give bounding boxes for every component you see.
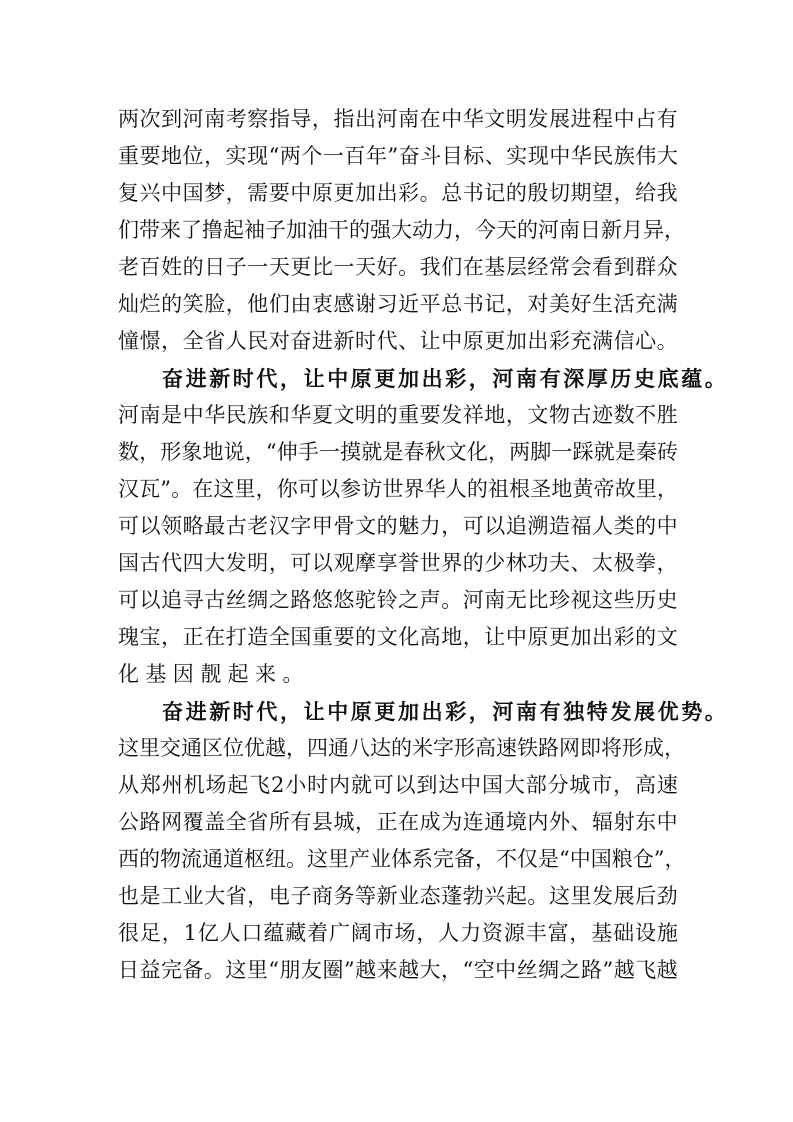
- text-line: 灿烂的笑脸，他们由衷感谢习近平总书记，对美好生活充满: [118, 286, 678, 323]
- text-line: 复兴中国梦，需要中原更加出彩。总书记的殷切期望，给我: [118, 175, 678, 212]
- text-line: 西的物流通道枢纽。这里产业体系完备，不仅是“中国粮仓”，: [118, 841, 678, 878]
- text-line: 国古代四大发明，可以观摩享誉世界的少林功夫、太极拳，: [118, 545, 678, 582]
- text-line: 可以领略最古老汉字甲骨文的魅力，可以追溯造福人类的中: [118, 508, 678, 545]
- text-line: 两次到河南考察指导，指出河南在中华文明发展进程中占有: [118, 101, 678, 138]
- paragraph-history: 河南是中华民族和华夏文明的重要发祥地，文物古迹数不胜 数，形象地说，“伸手一摸就…: [118, 397, 678, 693]
- text-line: 这里交通区位优越，四通八达的米字形高速铁路网即将形成，: [118, 730, 678, 767]
- text-line: 从郑州机场起飞2小时内就可以到达中国大部分城市，高速: [118, 767, 678, 804]
- text-line: 可以追寻古丝绸之路悠悠驼铃之声。河南无比珍视这些历史: [118, 582, 678, 619]
- text-line: 数，形象地说，“伸手一摸就是春秋文化，两脚一踩就是秦砖: [118, 434, 678, 471]
- text-line: 憧憬，全省人民对奋进新时代、让中原更加出彩充满信心。: [118, 323, 678, 360]
- text-line: 很足，1亿人口蕴藏着广阔市场，人力资源丰富，基础设施: [118, 915, 678, 952]
- text-line: 老百姓的日子一天更比一天好。我们在基层经常会看到群众: [118, 249, 678, 286]
- text-line: 公路网覆盖全省所有县城，正在成为连通境内外、辐射东中: [118, 804, 678, 841]
- document-page: 两次到河南考察指导，指出河南在中华文明发展进程中占有 重要地位，实现“两个一百年…: [118, 101, 678, 989]
- text-line: 日益完备。这里“朋友圈”越来越大，“空中丝绸之路”越飞越: [118, 952, 678, 989]
- section-heading-advantages: 奋进新时代，让中原更加出彩，河南有独特发展优势。: [118, 693, 678, 730]
- section-heading-history: 奋进新时代，让中原更加出彩，河南有深厚历史底蕴。: [118, 360, 678, 397]
- text-line: 河南是中华民族和华夏文明的重要发祥地，文物古迹数不胜: [118, 397, 678, 434]
- text-line: 也是工业大省，电子商务等新业态蓬勃兴起。这里发展后劲: [118, 878, 678, 915]
- text-line: 化基因靓起来。: [118, 656, 678, 693]
- text-line: 重要地位，实现“两个一百年”奋斗目标、实现中华民族伟大: [118, 138, 678, 175]
- text-line: 们带来了撸起袖子加油干的强大动力，今天的河南日新月异，: [118, 212, 678, 249]
- paragraph-intro: 两次到河南考察指导，指出河南在中华文明发展进程中占有 重要地位，实现“两个一百年…: [118, 101, 678, 360]
- text-line: 瑰宝，正在打造全国重要的文化高地，让中原更加出彩的文: [118, 619, 678, 656]
- paragraph-advantages: 这里交通区位优越，四通八达的米字形高速铁路网即将形成， 从郑州机场起飞2小时内就…: [118, 730, 678, 989]
- text-line: 汉瓦”。在这里，你可以参访世界华人的祖根圣地黄帝故里，: [118, 471, 678, 508]
